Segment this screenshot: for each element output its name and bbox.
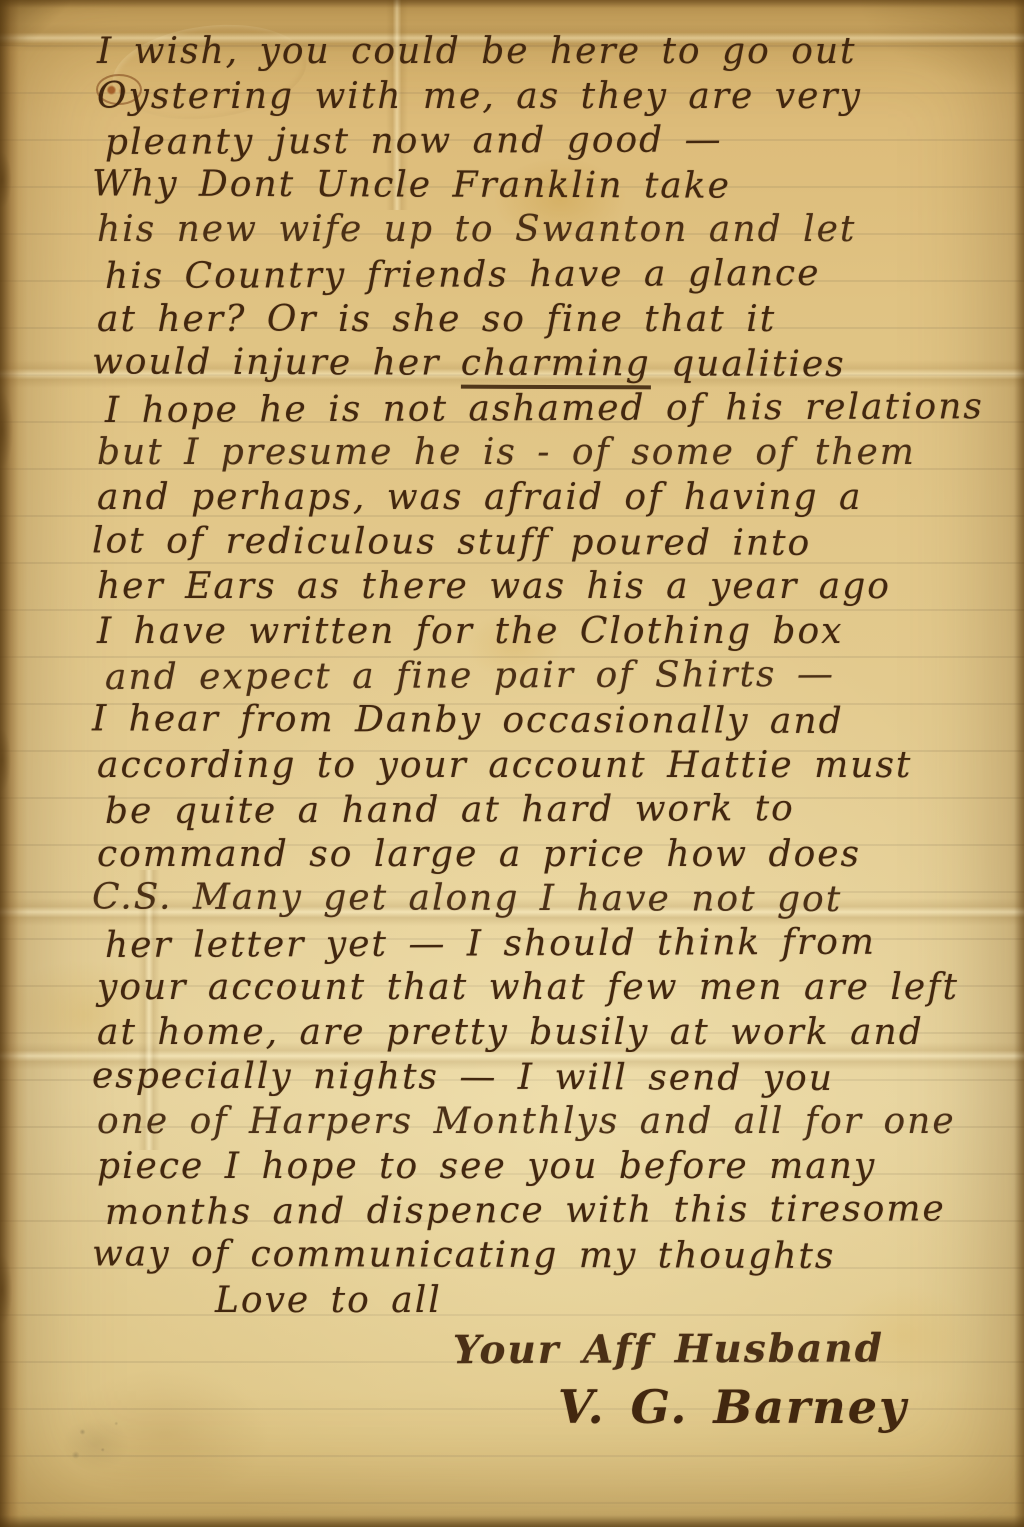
letter-line: months and dispence with this tiresome bbox=[105, 1187, 1024, 1236]
letter-line: piece I hope to see you before many bbox=[97, 1145, 1024, 1190]
letter-line: and perhaps, was afraid of having a bbox=[97, 476, 1024, 521]
letter-line: I hope he is not ashamed of his relation… bbox=[105, 385, 1024, 434]
page-top-edge bbox=[0, 0, 1024, 8]
letter-line: pleanty just now and good — bbox=[105, 117, 1024, 166]
letter-line: I have written for the Clothing box bbox=[97, 610, 1024, 655]
signature-line: V. G. Barney bbox=[558, 1380, 1024, 1434]
letter-line: and expect a fine pair of Shirts — bbox=[105, 652, 1024, 701]
letter-line: his new wife up to Swanton and let bbox=[97, 208, 1024, 253]
letter-line: lot of rediculous stuff poured into bbox=[92, 519, 1019, 567]
letter-line: but I presume he is - of some of them bbox=[97, 431, 1024, 476]
letter-line: would injure her charming qualities bbox=[92, 341, 1019, 389]
letter-line: one of Harpers Monthlys and all for one bbox=[97, 1100, 1024, 1145]
letter-line: Your Aff Husband bbox=[453, 1326, 1024, 1373]
letter-line: I wish, you could be here to go out bbox=[97, 30, 1024, 75]
letter-body: I wish, you could be here to go outOyste… bbox=[0, 30, 1024, 1434]
letter-line: Why Dont Uncle Franklin take bbox=[92, 162, 1019, 210]
underlined-word: charming bbox=[461, 343, 651, 390]
letter-line: be quite a hand at hard work to bbox=[105, 786, 1024, 835]
letter-line: command so large a price how does bbox=[97, 833, 1024, 878]
letter-line: Oystering with me, as they are very bbox=[97, 75, 1024, 120]
letter-line: I hear from Danby occasionally and bbox=[92, 697, 1019, 745]
letter-line: especially nights — I will send you bbox=[92, 1054, 1019, 1102]
letter-page: I wish, you could be here to go outOyste… bbox=[0, 0, 1024, 1527]
letter-line: at home, are pretty busily at work and bbox=[97, 1011, 1024, 1056]
letter-line: her letter yet — I should think from bbox=[105, 920, 1024, 969]
letter-line: her Ears as there was his a year ago bbox=[97, 565, 1024, 610]
letter-line: Love to all bbox=[215, 1279, 1024, 1324]
letter-line: way of communicating my thoughts bbox=[92, 1232, 1019, 1280]
letter-line: his Country friends have a glance bbox=[105, 251, 1024, 300]
letter-line: according to your account Hattie must bbox=[97, 744, 1024, 789]
letter-line: C.S. Many get along I have not got bbox=[92, 876, 1019, 924]
letter-line: your account that what few men are left bbox=[97, 966, 1024, 1011]
letter-line: at her? Or is she so fine that it bbox=[97, 298, 1024, 343]
page-bottom-edge bbox=[0, 1515, 1024, 1527]
